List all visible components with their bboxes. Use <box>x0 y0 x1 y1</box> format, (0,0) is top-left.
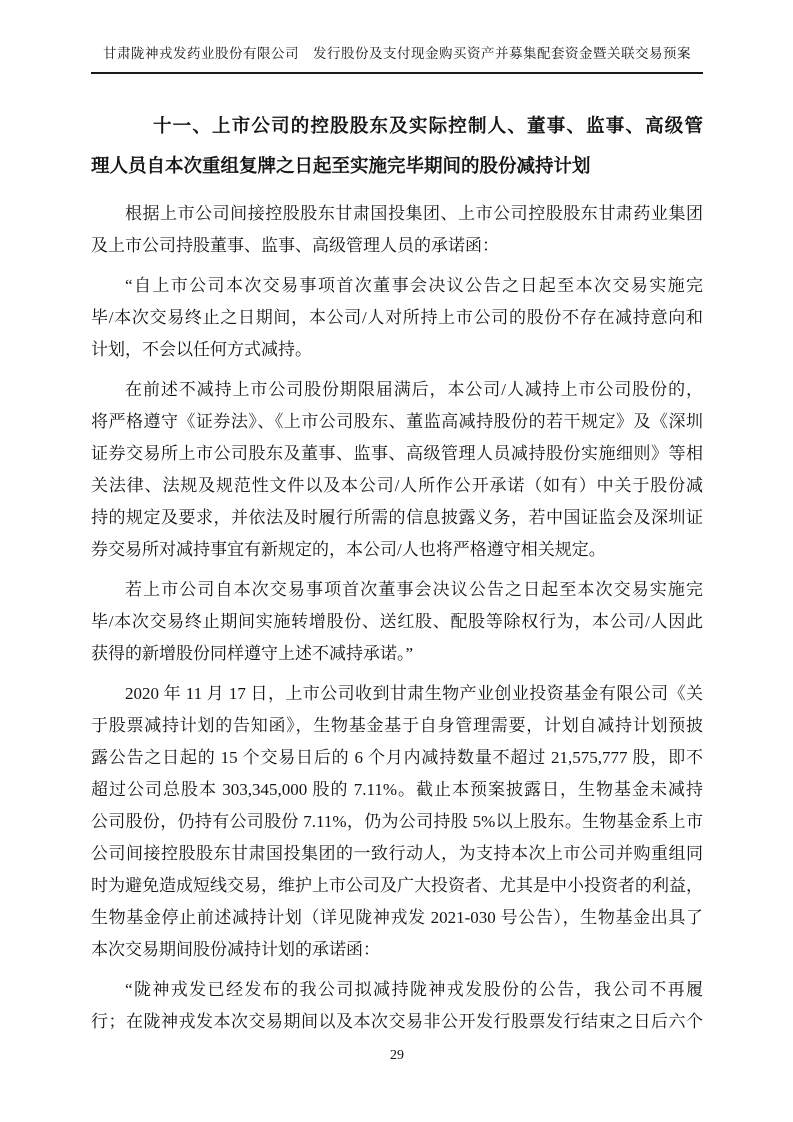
text-line: 在前述不减持上市公司股份期限届满后，本公司/人减持上市公司股份的， <box>91 374 703 406</box>
paragraph: “自上市公司本次交易事项首次董事会决议公告之日起至本次交易实施完毕/本次交易终止… <box>91 270 703 366</box>
paragraph: 根据上市公司间接控股股东甘肃国投集团、上市公司控股股东甘肃药业集团及上市公司持股… <box>91 198 703 262</box>
document-header: 甘肃陇神戎发药业股份有限公司 发行股份及支付现金购买资产并募集配套资金暨关联交易… <box>91 44 703 74</box>
text-line: 露公告之日起的 15 个交易日后的 6 个月内减持数量不超过 21,575,77… <box>91 742 703 774</box>
text-line: 毕/本次交易终止之日期间，本公司/人对所持上市公司的股份不存在减持意向和 <box>91 302 703 334</box>
text-line: 获得的新增股份同样遵守上述不减持承诺。” <box>91 638 703 670</box>
text-line: 本次交易期间股份减持计划的承诺函： <box>91 934 703 966</box>
paragraph: 2020 年 11 月 17 日，上市公司收到甘肃生物产业创业投资基金有限公司《… <box>91 678 703 966</box>
section-heading: 十一、上市公司的控股股东及实际控制人、董事、监事、高级管理人员自本次重组复牌之日… <box>91 106 703 186</box>
text-line: 券交易所对减持事宜有新规定的，本公司/人也将严格遵守相关规定。 <box>91 534 703 566</box>
text-line: 若上市公司自本次交易事项首次董事会决议公告之日起至本次交易实施完 <box>91 574 703 606</box>
text-line: 根据上市公司间接控股股东甘肃国投集团、上市公司控股股东甘肃药业集团 <box>91 198 703 230</box>
text-line: 关法律、法规及规范性文件以及本公司/人所作公开承诺（如有）中关于股份减 <box>91 470 703 502</box>
text-line: 公司股份，仍持有公司股份 7.11%，仍为公司持股 5%以上股东。生物基金系上市 <box>91 806 703 838</box>
paragraph: 在前述不减持上市公司股份期限届满后，本公司/人减持上市公司股份的，将严格遵守《证… <box>91 374 703 566</box>
text-line: 生物基金停止前述减持计划（详见陇神戎发 2021-030 号公告），生物基金出具… <box>91 902 703 934</box>
text-line: “自上市公司本次交易事项首次董事会决议公告之日起至本次交易实施完 <box>91 270 703 302</box>
text-line: 超过公司总股本 303,345,000 股的 7.11%。截止本预案披露日，生物… <box>91 774 703 806</box>
paragraph: 若上市公司自本次交易事项首次董事会决议公告之日起至本次交易实施完毕/本次交易终止… <box>91 574 703 670</box>
text-line: “陇神戎发已经发布的我公司拟减持陇神戎发股份的公告，我公司不再履 <box>91 974 703 1006</box>
text-line: 公司间接控股股东甘肃国投集团的一致行动人，为支持本次上市公司并购重组同 <box>91 838 703 870</box>
text-line: 2020 年 11 月 17 日，上市公司收到甘肃生物产业创业投资基金有限公司《… <box>91 678 703 710</box>
text-line: 持的规定及要求，并依法及时履行所需的信息披露义务，若中国证监会及深圳证 <box>91 502 703 534</box>
text-line: 证券交易所上市公司股东及董事、监事、高级管理人员减持股份实施细则》等相 <box>91 438 703 470</box>
page-number: 29 <box>91 1046 703 1066</box>
text-line: 计划，不会以任何方式减持。 <box>91 334 703 366</box>
text-line: 十一、上市公司的控股股东及实际控制人、董事、监事、高级管 <box>91 106 703 146</box>
text-line: 于股票减持计划的告知函》，生物基金基于自身管理需要，计划自减持计划预披 <box>91 710 703 742</box>
document-page: { "page": { "header_title": "甘肃陇神戎发药业股份有… <box>0 0 793 1122</box>
paragraph: “陇神戎发已经发布的我公司拟减持陇神戎发股份的公告，我公司不再履行；在陇神戎发本… <box>91 974 703 1038</box>
text-line: 及上市公司持股董事、监事、高级管理人员的承诺函： <box>91 230 703 262</box>
text-line: 将严格遵守《证券法》、《上市公司股东、董监高减持股份的若干规定》及《深圳 <box>91 406 703 438</box>
text-line: 时为避免造成短线交易，维护上市公司及广大投资者、尤其是中小投资者的利益， <box>91 870 703 902</box>
document-body: 十一、上市公司的控股股东及实际控制人、董事、监事、高级管理人员自本次重组复牌之日… <box>91 106 703 1038</box>
text-line: 行；在陇神戎发本次交易期间以及本次交易非公开发行股票发行结束之日后六个 <box>91 1006 703 1038</box>
text-line: 毕/本次交易终止期间实施转增股份、送红股、配股等除权行为，本公司/人因此 <box>91 606 703 638</box>
text-line: 理人员自本次重组复牌之日起至实施完毕期间的股份减持计划 <box>91 146 703 186</box>
